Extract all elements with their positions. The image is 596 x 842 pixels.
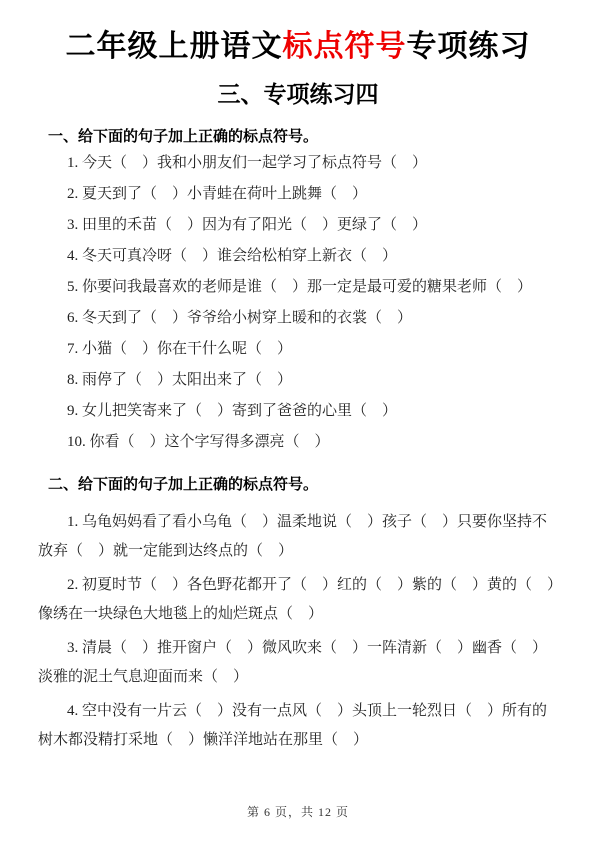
exercise-item-1-1: 1. 今天（ ）我和小朋友们一起学习了标点符号（ ） (38, 148, 558, 179)
exercise-item-2-1: 1. 乌龟妈妈看了看小乌龟（ ）温柔地说（ ）孩子（ ）只要你坚持不放弃（ ）就… (38, 508, 558, 566)
title-highlight: 标点符号 (283, 30, 407, 63)
exercise-item-1-8: 8. 雨停了（ ）太阳出来了（ ） (38, 365, 558, 396)
exercise-item-1-10: 10. 你看（ ）这个字写得多漂亮（ ） (38, 427, 558, 458)
worksheet-page: 二年级上册语文标点符号专项练习 三、专项练习四 一、给下面的句子加上正确的标点符… (0, 0, 596, 842)
exercise-item-2-2: 2. 初夏时节（ ）各色野花都开了（ ）红的（ ）紫的（ ）黄的（ ）像绣在一块… (38, 571, 558, 629)
exercise-item-2-4: 4. 空中没有一片云（ ）没有一点风（ ）头顶上一轮烈日（ ）所有的树木都没精打… (38, 697, 558, 755)
title-suffix: 专项练习 (407, 30, 531, 63)
exercise-item-1-9: 9. 女儿把笑寄来了（ ）寄到了爸爸的心里（ ） (38, 396, 558, 427)
title-prefix: 二年级上册语文 (66, 30, 283, 63)
exercise-item-1-7: 7. 小猫（ ）你在干什么呢（ ） (38, 334, 558, 365)
page-subtitle: 三、专项练习四 (38, 78, 558, 110)
page-number-footer: 第 6 页，共 12 页 (0, 803, 596, 820)
section-1-heading: 一、给下面的句子加上正确的标点符号。 (48, 126, 558, 148)
exercise-item-1-6: 6. 冬天到了（ ）爷爷给小树穿上暖和的衣裳（ ） (38, 303, 558, 334)
exercise-item-1-3: 3. 田里的禾苗（ ）因为有了阳光（ ）更绿了（ ） (38, 210, 558, 241)
section-2-heading: 二、给下面的句子加上正确的标点符号。 (48, 474, 558, 496)
exercise-item-2-3: 3. 清晨（ ）推开窗户（ ）微风吹来（ ）一阵清新（ ）幽香（ ）淡雅的泥土气… (38, 634, 558, 692)
page-title: 二年级上册语文标点符号专项练习 (38, 26, 558, 68)
section-2-items: 1. 乌龟妈妈看了看小乌龟（ ）温柔地说（ ）孩子（ ）只要你坚持不放弃（ ）就… (38, 508, 558, 755)
exercise-item-1-5: 5. 你要问我最喜欢的老师是谁（ ）那一定是最可爱的糖果老师（ ） (38, 272, 558, 303)
exercise-item-1-2: 2. 夏天到了（ ）小青蛙在荷叶上跳舞（ ） (38, 179, 558, 210)
exercise-item-1-4: 4. 冬天可真冷呀（ ）谁会给松柏穿上新衣（ ） (38, 241, 558, 272)
section-1-items: 1. 今天（ ）我和小朋友们一起学习了标点符号（ ） 2. 夏天到了（ ）小青蛙… (38, 148, 558, 458)
